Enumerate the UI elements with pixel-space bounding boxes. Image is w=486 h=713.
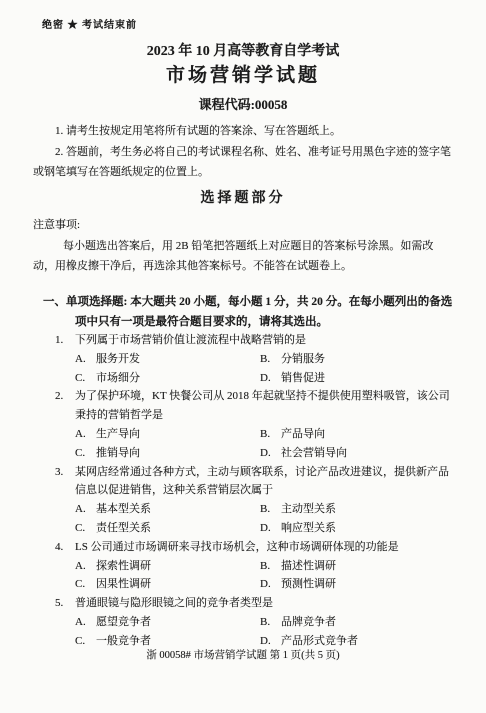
option-label: C.: [75, 369, 96, 388]
question-5: 5.普通眼镜与隐形眼镜之间的竞争者类型是 A.愿望竞争者 B.品牌竞争者 C.一…: [33, 594, 453, 650]
option-label: A.: [75, 500, 96, 519]
option-text: 产品形式竞争者: [281, 635, 358, 647]
option-text: 市场细分: [96, 372, 140, 384]
notes-label: 注意事项:: [33, 215, 453, 236]
question-number: 4.: [55, 538, 75, 557]
option-c: C.市场细分: [75, 369, 260, 388]
option-label: A.: [75, 350, 96, 369]
option-text: 推销导向: [96, 447, 140, 459]
question-2: 2.为了保护环境，KT 快餐公司从 2018 年起就坚持不提供使用塑料吸管，该公…: [33, 387, 453, 462]
option-grid: A.服务开发 B.分销服务 C.市场细分 D.销售促进: [75, 350, 453, 388]
option-grid: A.愿望竞争者 B.品牌竞争者 C.一般竞争者 D.产品形式竞争者: [75, 613, 453, 651]
option-text: 销售促进: [281, 372, 325, 384]
page-title: 市场营销学试题: [0, 60, 486, 87]
option-label: A.: [75, 425, 96, 444]
question-number: 5.: [55, 594, 75, 613]
exam-paper-page: 绝密 ★ 考试结束前 2023 年 10 月高等教育自学考试 市场营销学试题 课…: [0, 0, 486, 713]
option-text: 响应型关系: [281, 522, 336, 534]
option-label: A.: [75, 557, 96, 576]
option-label: C.: [75, 519, 96, 538]
option-a: A.愿望竞争者: [75, 613, 260, 632]
notes-body: 每小题选出答案后，用 2B 铅笔把答题纸上对应题目的答案标号涂黑。如需改动，用橡…: [33, 236, 453, 277]
option-label: B.: [260, 557, 281, 576]
option-label: B.: [260, 425, 281, 444]
option-text: 分销服务: [281, 353, 325, 365]
option-label: C.: [75, 575, 96, 594]
option-text: 责任型关系: [96, 522, 151, 534]
option-label: B.: [260, 500, 281, 519]
question-stem-text: 为了保护环境，KT 快餐公司从 2018 年起就坚持不提供使用塑料吸管，该公司秉…: [75, 390, 450, 421]
option-label: A.: [75, 613, 96, 632]
option-d: D.销售促进: [260, 369, 453, 388]
option-a: A.生产导向: [75, 425, 260, 444]
option-text: 预测性调研: [281, 578, 336, 590]
option-grid: A.生产导向 B.产品导向 C.推销导向 D.社会营销导向: [75, 425, 453, 463]
question-number: 2.: [55, 387, 75, 406]
candidate-instructions: 1. 请考生按规定用笔将所有试题的答案涂、写在答题纸上。 2. 答题前，考生务必…: [33, 121, 453, 183]
option-text: 产品导向: [281, 428, 325, 440]
question-list: 1.下列属于市场营销价值让渡流程中战略营销的是 A.服务开发 B.分销服务 C.…: [33, 331, 453, 651]
option-label: D.: [260, 369, 281, 388]
question-stem-text: 普通眼镜与隐形眼镜之间的竞争者类型是: [75, 597, 273, 609]
option-label: B.: [260, 613, 281, 632]
option-label: D.: [260, 519, 281, 538]
option-b: B.主动型关系: [260, 500, 453, 519]
question-stem-text: 下列属于市场营销价值让渡流程中战略营销的是: [75, 334, 306, 346]
option-c: C.推销导向: [75, 444, 260, 463]
option-text: 探索性调研: [96, 560, 151, 572]
question-stem: 1.下列属于市场营销价值让渡流程中战略营销的是: [33, 331, 453, 350]
option-grid: A.基本型关系 B.主动型关系 C.责任型关系 D.响应型关系: [75, 500, 453, 538]
instruction-2: 2. 答题前，考生务必将自己的考试课程名称、姓名、准考证号用黑色字迹的签字笔或钢…: [33, 142, 453, 183]
section-heading: 选择题部分: [0, 187, 486, 207]
question-number: 1.: [55, 331, 75, 350]
option-label: C.: [75, 444, 96, 463]
option-label: D.: [260, 444, 281, 463]
option-text: 愿望竞争者: [96, 616, 151, 628]
question-4: 4.LS 公司通过市场调研来寻找市场机会，这种市场调研体现的功能是 A.探索性调…: [33, 538, 453, 594]
option-c: C.因果性调研: [75, 575, 260, 594]
option-b: B.品牌竞争者: [260, 613, 453, 632]
option-text: 主动型关系: [281, 503, 336, 515]
option-grid: A.探索性调研 B.描述性调研 C.因果性调研 D.预测性调研: [75, 557, 453, 595]
option-b: B.描述性调研: [260, 557, 453, 576]
question-stem-text: LS 公司通过市场调研来寻找市场机会，这种市场调研体现的功能是: [75, 541, 399, 553]
option-a: A.服务开发: [75, 350, 260, 369]
option-d: D.预测性调研: [260, 575, 453, 594]
option-text: 因果性调研: [96, 578, 151, 590]
option-b: B.产品导向: [260, 425, 453, 444]
option-a: A.基本型关系: [75, 500, 260, 519]
question-stem-text: 某网店经常通过各种方式，主动与顾客联系，讨论产品改进建议，提供新产品信息以促进销…: [75, 466, 449, 497]
question-number: 3.: [55, 463, 75, 482]
page-footer: 浙 00058# 市场营销学试题 第 1 页(共 5 页): [0, 647, 486, 662]
question-stem: 4.LS 公司通过市场调研来寻找市场机会，这种市场调研体现的功能是: [33, 538, 453, 557]
question-stem: 3.某网店经常通过各种方式，主动与顾客联系，讨论产品改进建议，提供新产品信息以促…: [33, 463, 453, 501]
option-label: D.: [260, 575, 281, 594]
option-text: 描述性调研: [281, 560, 336, 572]
option-label: B.: [260, 350, 281, 369]
option-text: 品牌竞争者: [281, 616, 336, 628]
instruction-1: 1. 请考生按规定用笔将所有试题的答案涂、写在答题纸上。: [33, 121, 453, 142]
option-text: 基本型关系: [96, 503, 151, 515]
question-stem: 5.普通眼镜与隐形眼镜之间的竞争者类型是: [33, 594, 453, 613]
option-text: 服务开发: [96, 353, 140, 365]
notes-block: 注意事项: 每小题选出答案后，用 2B 铅笔把答题纸上对应题目的答案标号涂黑。如…: [33, 215, 453, 277]
question-3: 3.某网店经常通过各种方式，主动与顾客联系，讨论产品改进建议，提供新产品信息以促…: [33, 463, 453, 538]
secrecy-notice: 绝密 ★ 考试结束前: [42, 16, 137, 31]
option-d: D.社会营销导向: [260, 444, 453, 463]
option-text: 生产导向: [96, 428, 140, 440]
option-b: B.分销服务: [260, 350, 453, 369]
option-text: 社会营销导向: [281, 447, 347, 459]
option-a: A.探索性调研: [75, 557, 260, 576]
question-1: 1.下列属于市场营销价值让渡流程中战略营销的是 A.服务开发 B.分销服务 C.…: [33, 331, 453, 387]
exam-session: 2023 年 10 月高等教育自学考试: [0, 40, 486, 60]
option-c: C.责任型关系: [75, 519, 260, 538]
part-one-heading: 一、单项选择题: 本大题共 20 小题，每小题 1 分，共 20 分。在每小题列…: [33, 292, 453, 332]
course-code: 课程代码:00058: [0, 94, 486, 113]
option-d: D.响应型关系: [260, 519, 453, 538]
question-stem: 2.为了保护环境，KT 快餐公司从 2018 年起就坚持不提供使用塑料吸管，该公…: [33, 387, 453, 425]
option-text: 一般竞争者: [96, 635, 151, 647]
